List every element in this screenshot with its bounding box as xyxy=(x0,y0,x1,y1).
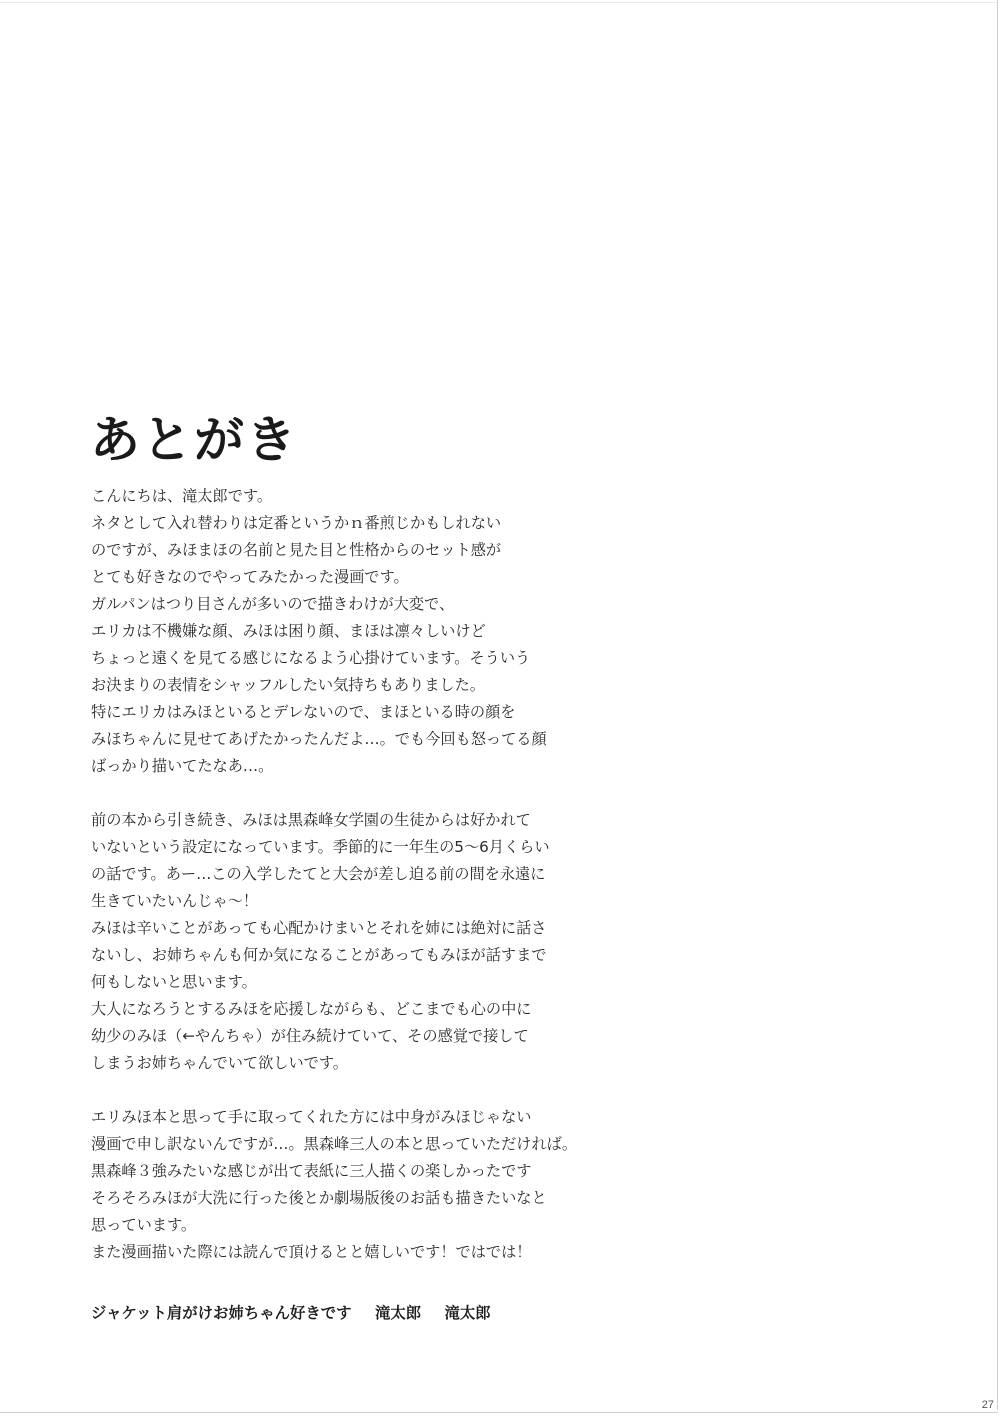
signature-author: 滝太郎 xyxy=(375,1304,421,1322)
text-line: ないし、お姉ちゃんも何か気になることがあってもみほが話すまで xyxy=(91,942,651,969)
text-line: 生きていたいんじゃ～！ xyxy=(91,888,651,915)
signature-message: ジャケット肩がけお姉ちゃん好きです xyxy=(91,1304,352,1322)
text-line: ネタとして入れ替わりは定番というかｎ番煎じかもしれない xyxy=(91,510,651,537)
text-line: 漫画で申し訳ないんですが…。黒森峰三人の本と思っていただければ。 xyxy=(91,1131,651,1158)
paragraph-3: エリみほ本と思って手に取ってくれた方には中身がみほじゃない 漫画で申し訳ないんで… xyxy=(91,1104,651,1266)
text-line: こんにちは、滝太郎です。 xyxy=(91,483,651,510)
paragraph-gap xyxy=(91,780,651,807)
text-line: また漫画描いた際には読んで頂けるとと嬉しいです！ではでは！ xyxy=(91,1239,651,1266)
paragraph-gap xyxy=(91,1077,651,1104)
text-line: 幼少のみほ（←やんちゃ）が住み続けていて、その感覚で接して xyxy=(91,1023,651,1050)
text-line: 前の本から引き続き、みほは黒森峰女学園の生徒からは好かれて xyxy=(91,807,651,834)
paragraph-2: 前の本から引き続き、みほは黒森峰女学園の生徒からは好かれて いないという設定にな… xyxy=(91,807,651,1077)
text-line: エリカは不機嫌な顔、みほは困り顔、まほは凛々しいけど xyxy=(91,618,651,645)
text-line: いないという設定になっています。季節的に一年生の5～6月くらい xyxy=(91,834,651,861)
text-line: しまうお姉ちゃんでいて欲しいです。 xyxy=(91,1050,651,1077)
afterword-body: こんにちは、滝太郎です。 ネタとして入れ替わりは定番というかｎ番煎じかもしれない… xyxy=(91,483,651,1266)
text-line: 特にエリカはみほといるとデレないので、まほといる時の顔を xyxy=(91,699,651,726)
page-number: 27 xyxy=(982,1399,994,1411)
page-edge-bottom xyxy=(0,1412,998,1413)
text-line: エリみほ本と思って手に取ってくれた方には中身がみほじゃない xyxy=(91,1104,651,1131)
page-edge-right xyxy=(997,0,998,1410)
text-line: そろそろみほが大洗に行った後とか劇場版後のお話も描きたいなと xyxy=(91,1185,651,1212)
text-line: の話です。あー…この入学したてと大会が差し迫る前の間を永遠に xyxy=(91,861,651,888)
text-line: みほは辛いことがあっても心配かけまいとそれを姉には絶対に話さ xyxy=(91,915,651,942)
page-edge-top xyxy=(0,2,998,3)
signature-author: 滝太郎 xyxy=(444,1304,490,1322)
text-line: 黒森峰３強みたいな感じが出て表紙に三人描くの楽しかったです xyxy=(91,1158,651,1185)
text-line: お決まりの表情をシャッフルしたい気持ちもありました。 xyxy=(91,672,651,699)
text-line: のですが、みほまほの名前と見た目と性格からのセット感が xyxy=(91,537,651,564)
signature-line: ジャケット肩がけお姉ちゃん好きです 滝太郎 滝太郎 xyxy=(91,1301,509,1323)
afterword-heading: あとがき xyxy=(90,408,298,472)
text-line: ちょっと遠くを見てる感じになるよう心掛けています。そういう xyxy=(91,645,651,672)
text-line: みほちゃんに見せてあげたかったんだよ…。でも今回も怒ってる顔 xyxy=(91,726,651,753)
text-line: とても好きなのでやってみたかった漫画です。 xyxy=(91,564,651,591)
text-line: ガルパンはつり目さんが多いので描きわけが大変で、 xyxy=(91,591,651,618)
paragraph-1: こんにちは、滝太郎です。 ネタとして入れ替わりは定番というかｎ番煎じかもしれない… xyxy=(91,483,651,780)
text-line: 思っています。 xyxy=(91,1212,651,1239)
text-line: ばっかり描いてたなあ…。 xyxy=(91,753,651,780)
text-line: 何もしないと思います。 xyxy=(91,969,651,996)
text-line: 大人になろうとするみほを応援しながらも、どこまでも心の中に xyxy=(91,996,651,1023)
